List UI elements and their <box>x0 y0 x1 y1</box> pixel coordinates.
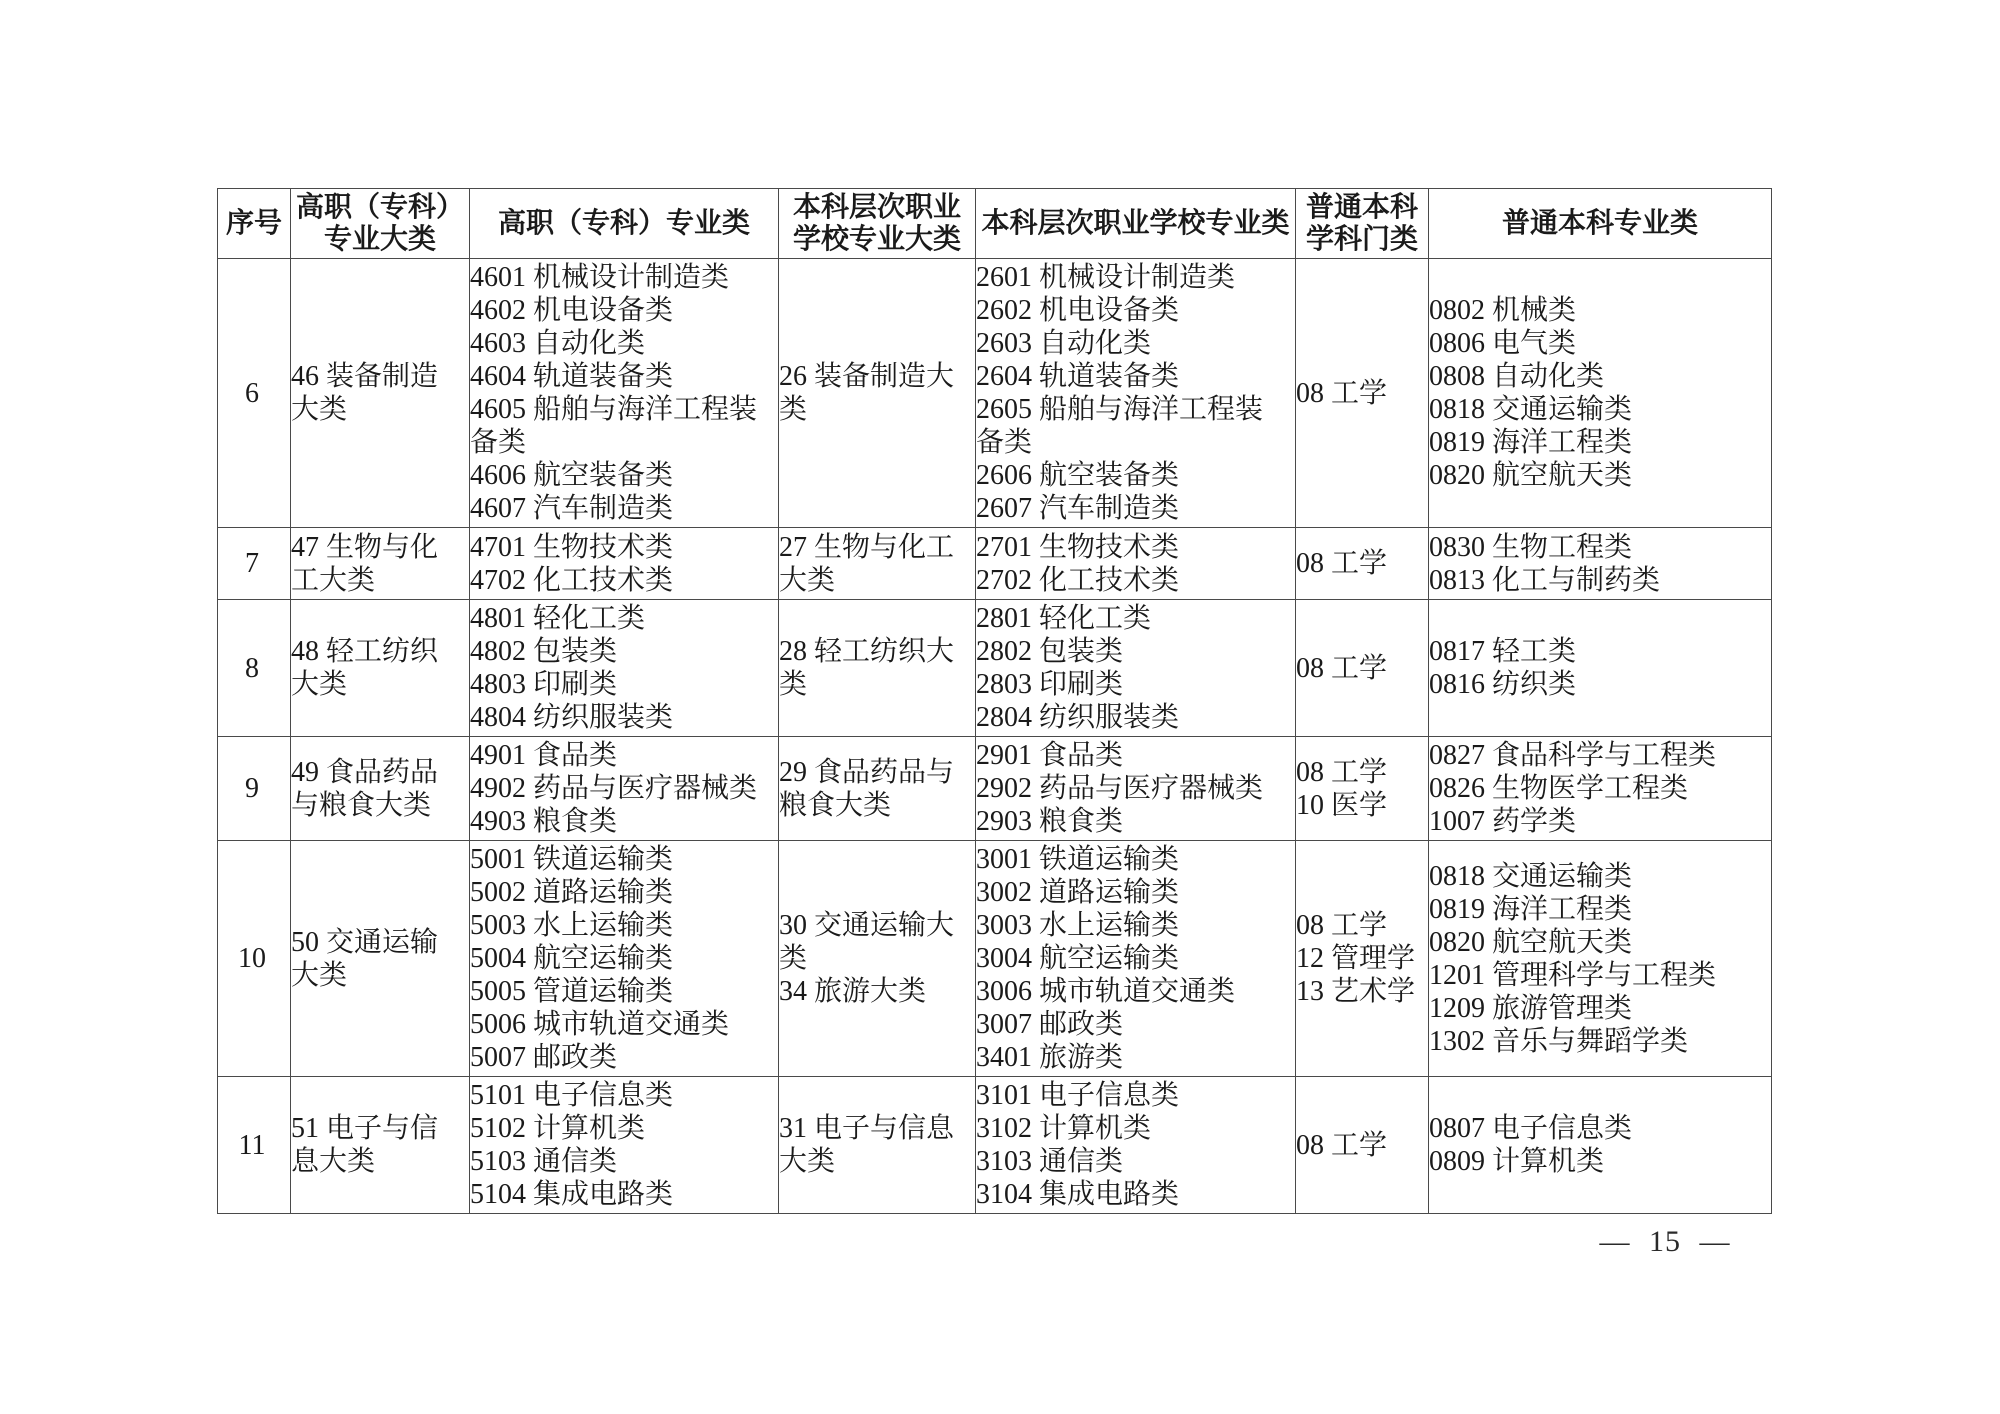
text-line: 4701 生物技术类 <box>470 531 774 564</box>
document-page: 序号 高职（专科）专业大类 高职（专科）专业类 本科层次职业学校专业大类 本科层… <box>0 0 2000 1414</box>
text-line: 1201 管理科学与工程类 <box>1429 959 1767 992</box>
text-line: 工大类 <box>291 564 465 597</box>
header-ug-class: 普通本科专业类 <box>1429 189 1772 259</box>
text-line: 2903 粮食类 <box>976 805 1291 838</box>
ugvoc-category-cell: 26 装备制造大类 <box>779 259 976 528</box>
text-line: 5007 邮政类 <box>470 1041 774 1074</box>
text-line: 4603 自动化类 <box>470 327 774 360</box>
text-line: 08 工学 <box>1296 652 1424 685</box>
text-line: 粮食大类 <box>779 789 971 822</box>
text-line: 类 <box>779 942 971 975</box>
seq-cell: 10 <box>218 841 291 1077</box>
text-line: 34 旅游大类 <box>779 975 971 1008</box>
text-line: 13 艺术学 <box>1296 975 1424 1008</box>
hz-category-cell: 50 交通运输大类 <box>291 841 470 1077</box>
text-line: 2702 化工技术类 <box>976 564 1291 597</box>
text-line: 2607 汽车制造类 <box>976 492 1291 525</box>
ug-class-cell: 0817 轻工类0816 纺织类 <box>1429 600 1772 737</box>
ugvoc-category-cell: 29 食品药品与粮食大类 <box>779 737 976 841</box>
table-row: 10 50 交通运输大类 5001 铁道运输类5002 道路运输类5003 水上… <box>218 841 1772 1077</box>
text-line: 2701 生物技术类 <box>976 531 1291 564</box>
text-line: 备类 <box>976 426 1291 459</box>
text-line: 1007 药学类 <box>1429 805 1767 838</box>
text-line: 48 轻工纺织 <box>291 635 465 668</box>
text-line: 3007 邮政类 <box>976 1008 1291 1041</box>
ug-discipline-cell: 08 工学10 医学 <box>1296 737 1429 841</box>
ug-discipline-cell: 08 工学 <box>1296 600 1429 737</box>
text-line: 28 轻工纺织大 <box>779 635 971 668</box>
text-line: 08 工学 <box>1296 547 1424 580</box>
text-line: 08 工学 <box>1296 909 1424 942</box>
text-line: 08 工学 <box>1296 756 1424 789</box>
text-line: 学科门类 <box>1298 224 1426 256</box>
text-line: 备类 <box>470 426 774 459</box>
text-line: 0826 生物医学工程类 <box>1429 772 1767 805</box>
text-line: 4901 食品类 <box>470 739 774 772</box>
text-line: 2802 包装类 <box>976 635 1291 668</box>
header-seq: 序号 <box>218 189 291 259</box>
text-line: 大类 <box>779 564 971 597</box>
text-line: 大类 <box>291 959 465 992</box>
text-line: 4606 航空装备类 <box>470 459 774 492</box>
text-line: 与粮食大类 <box>291 789 465 822</box>
text-line: 5101 电子信息类 <box>470 1079 774 1112</box>
ugvoc-category-cell: 27 生物与化工大类 <box>779 528 976 600</box>
ug-class-cell: 0802 机械类0806 电气类0808 自动化类0818 交通运输类0819 … <box>1429 259 1772 528</box>
header-ug-discipline: 普通本科学科门类 <box>1296 189 1429 259</box>
text-line: 0818 交通运输类 <box>1429 860 1767 893</box>
ug-discipline-cell: 08 工学 <box>1296 259 1429 528</box>
ug-class-cell: 0827 食品科学与工程类0826 生物医学工程类1007 药学类 <box>1429 737 1772 841</box>
text-line: 2803 印刷类 <box>976 668 1291 701</box>
text-line: 0827 食品科学与工程类 <box>1429 739 1767 772</box>
seq-cell: 9 <box>218 737 291 841</box>
text-line: 49 食品药品 <box>291 756 465 789</box>
text-line: 1209 旅游管理类 <box>1429 992 1767 1025</box>
text-line: 4803 印刷类 <box>470 668 774 701</box>
ugvoc-class-cell: 3001 铁道运输类3002 道路运输类3003 水上运输类3004 航空运输类… <box>976 841 1296 1077</box>
text-line: 3101 电子信息类 <box>976 1079 1291 1112</box>
text-line: 0816 纺织类 <box>1429 668 1767 701</box>
ugvoc-category-cell: 28 轻工纺织大类 <box>779 600 976 737</box>
text-line: 4602 机电设备类 <box>470 294 774 327</box>
text-line: 4902 药品与医疗器械类 <box>470 772 774 805</box>
text-line: 5006 城市轨道交通类 <box>470 1008 774 1041</box>
text-line: 0806 电气类 <box>1429 327 1767 360</box>
table-header-row: 序号 高职（专科）专业大类 高职（专科）专业类 本科层次职业学校专业大类 本科层… <box>218 189 1772 259</box>
ugvoc-category-cell: 31 电子与信息大类 <box>779 1077 976 1214</box>
hz-class-cell: 4801 轻化工类4802 包装类4803 印刷类4804 纺织服装类 <box>470 600 779 737</box>
ugvoc-class-cell: 2701 生物技术类2702 化工技术类 <box>976 528 1296 600</box>
text-line: 大类 <box>291 393 465 426</box>
text-line: 31 电子与信息 <box>779 1112 971 1145</box>
text-line: 4903 粮食类 <box>470 805 774 838</box>
text-line: 3004 航空运输类 <box>976 942 1291 975</box>
text-line: 3002 道路运输类 <box>976 876 1291 909</box>
table-row: 6 46 装备制造大类 4601 机械设计制造类4602 机电设备类4603 自… <box>218 259 1772 528</box>
text-line: 2901 食品类 <box>976 739 1291 772</box>
ug-discipline-cell: 08 工学 <box>1296 1077 1429 1214</box>
hz-class-cell: 5001 铁道运输类5002 道路运输类5003 水上运输类5004 航空运输类… <box>470 841 779 1077</box>
text-line: 4605 船舶与海洋工程装 <box>470 393 774 426</box>
ugvoc-category-cell: 30 交通运输大类34 旅游大类 <box>779 841 976 1077</box>
ugvoc-class-cell: 2601 机械设计制造类2602 机电设备类2603 自动化类2604 轨道装备… <box>976 259 1296 528</box>
text-line: 高职（专科） <box>293 192 467 224</box>
hz-class-cell: 5101 电子信息类5102 计算机类5103 通信类5104 集成电路类 <box>470 1077 779 1214</box>
table-row: 11 51 电子与信息大类 5101 电子信息类5102 计算机类5103 通信… <box>218 1077 1772 1214</box>
ug-class-cell: 0830 生物工程类0813 化工与制药类 <box>1429 528 1772 600</box>
text-line: 51 电子与信 <box>291 1112 465 1145</box>
text-line: 学校专业大类 <box>781 224 973 256</box>
text-line: 4702 化工技术类 <box>470 564 774 597</box>
seq-cell: 7 <box>218 528 291 600</box>
text-line: 2606 航空装备类 <box>976 459 1291 492</box>
text-line: 3401 旅游类 <box>976 1041 1291 1074</box>
text-line: 0808 自动化类 <box>1429 360 1767 393</box>
text-line: 2902 药品与医疗器械类 <box>976 772 1291 805</box>
text-line: 普通本科 <box>1298 192 1426 224</box>
text-line: 3001 铁道运输类 <box>976 843 1291 876</box>
hz-class-cell: 4601 机械设计制造类4602 机电设备类4603 自动化类4604 轨道装备… <box>470 259 779 528</box>
hz-category-cell: 46 装备制造大类 <box>291 259 470 528</box>
page-number: — 15 — <box>1575 1225 1755 1259</box>
seq-cell: 11 <box>218 1077 291 1214</box>
seq-cell: 8 <box>218 600 291 737</box>
text-line: 0809 计算机类 <box>1429 1145 1767 1178</box>
text-line: 专业大类 <box>293 224 467 256</box>
text-line: 46 装备制造 <box>291 360 465 393</box>
text-line: 1302 音乐与舞蹈学类 <box>1429 1025 1767 1058</box>
hz-category-cell: 51 电子与信息大类 <box>291 1077 470 1214</box>
text-line: 26 装备制造大 <box>779 360 971 393</box>
header-hz-category: 高职（专科）专业大类 <box>291 189 470 259</box>
text-line: 本科层次职业学校专业类 <box>978 208 1293 240</box>
text-line: 4601 机械设计制造类 <box>470 261 774 294</box>
seq-cell: 6 <box>218 259 291 528</box>
text-line: 5003 水上运输类 <box>470 909 774 942</box>
text-line: 5104 集成电路类 <box>470 1178 774 1211</box>
text-line: 3006 城市轨道交通类 <box>976 975 1291 1008</box>
text-line: 0819 海洋工程类 <box>1429 893 1767 926</box>
text-line: 2604 轨道装备类 <box>976 360 1291 393</box>
text-line: 0802 机械类 <box>1429 294 1767 327</box>
text-line: 3103 通信类 <box>976 1145 1291 1178</box>
text-line: 高职（专科）专业类 <box>472 208 776 240</box>
text-line: 2605 船舶与海洋工程装 <box>976 393 1291 426</box>
text-line: 0807 电子信息类 <box>1429 1112 1767 1145</box>
text-line: 4604 轨道装备类 <box>470 360 774 393</box>
text-line: 47 生物与化 <box>291 531 465 564</box>
text-line: 5102 计算机类 <box>470 1112 774 1145</box>
text-line: 0813 化工与制药类 <box>1429 564 1767 597</box>
text-line: 10 医学 <box>1296 789 1424 822</box>
table-row: 8 48 轻工纺织大类 4801 轻化工类4802 包装类4803 印刷类480… <box>218 600 1772 737</box>
text-line: 3003 水上运输类 <box>976 909 1291 942</box>
header-ugvoc-class: 本科层次职业学校专业类 <box>976 189 1296 259</box>
table-row: 9 49 食品药品与粮食大类 4901 食品类4902 药品与医疗器械类4903… <box>218 737 1772 841</box>
vocational-majors-mapping-table: 序号 高职（专科）专业大类 高职（专科）专业类 本科层次职业学校专业大类 本科层… <box>217 188 1772 1214</box>
text-line: 2602 机电设备类 <box>976 294 1291 327</box>
text-line: 0819 海洋工程类 <box>1429 426 1767 459</box>
ugvoc-class-cell: 2801 轻化工类2802 包装类2803 印刷类2804 纺织服装类 <box>976 600 1296 737</box>
hz-class-cell: 4701 生物技术类4702 化工技术类 <box>470 528 779 600</box>
ug-class-cell: 0807 电子信息类0809 计算机类 <box>1429 1077 1772 1214</box>
text-line: 4607 汽车制造类 <box>470 492 774 525</box>
text-line: 30 交通运输大 <box>779 909 971 942</box>
table-row: 7 47 生物与化工大类 4701 生物技术类4702 化工技术类 27 生物与… <box>218 528 1772 600</box>
text-line: 29 食品药品与 <box>779 756 971 789</box>
ug-class-cell: 0818 交通运输类0819 海洋工程类0820 航空航天类1201 管理科学与… <box>1429 841 1772 1077</box>
text-line: 类 <box>779 668 971 701</box>
text-line: 12 管理学 <box>1296 942 1424 975</box>
text-line: 本科层次职业 <box>781 192 973 224</box>
text-line: 2801 轻化工类 <box>976 602 1291 635</box>
text-line: 序号 <box>220 208 288 240</box>
text-line: 0830 生物工程类 <box>1429 531 1767 564</box>
ug-discipline-cell: 08 工学 <box>1296 528 1429 600</box>
text-line: 5001 铁道运输类 <box>470 843 774 876</box>
hz-category-cell: 47 生物与化工大类 <box>291 528 470 600</box>
text-line: 5103 通信类 <box>470 1145 774 1178</box>
hz-class-cell: 4901 食品类4902 药品与医疗器械类4903 粮食类 <box>470 737 779 841</box>
text-line: 5004 航空运输类 <box>470 942 774 975</box>
text-line: 类 <box>779 393 971 426</box>
text-line: 0820 航空航天类 <box>1429 926 1767 959</box>
text-line: 2804 纺织服装类 <box>976 701 1291 734</box>
text-line: 50 交通运输 <box>291 926 465 959</box>
text-line: 08 工学 <box>1296 377 1424 410</box>
text-line: 3102 计算机类 <box>976 1112 1291 1145</box>
hz-category-cell: 49 食品药品与粮食大类 <box>291 737 470 841</box>
text-line: 5005 管道运输类 <box>470 975 774 1008</box>
text-line: 0818 交通运输类 <box>1429 393 1767 426</box>
text-line: 27 生物与化工 <box>779 531 971 564</box>
text-line: 4802 包装类 <box>470 635 774 668</box>
text-line: 5002 道路运输类 <box>470 876 774 909</box>
text-line: 0820 航空航天类 <box>1429 459 1767 492</box>
ugvoc-class-cell: 3101 电子信息类3102 计算机类3103 通信类3104 集成电路类 <box>976 1077 1296 1214</box>
header-hz-class: 高职（专科）专业类 <box>470 189 779 259</box>
text-line: 大类 <box>291 668 465 701</box>
text-line: 息大类 <box>291 1145 465 1178</box>
text-line: 3104 集成电路类 <box>976 1178 1291 1211</box>
text-line: 08 工学 <box>1296 1129 1424 1162</box>
text-line: 2601 机械设计制造类 <box>976 261 1291 294</box>
header-ugvoc-category: 本科层次职业学校专业大类 <box>779 189 976 259</box>
text-line: 4804 纺织服装类 <box>470 701 774 734</box>
ugvoc-class-cell: 2901 食品类2902 药品与医疗器械类2903 粮食类 <box>976 737 1296 841</box>
text-line: 大类 <box>779 1145 971 1178</box>
text-line: 2603 自动化类 <box>976 327 1291 360</box>
text-line: 0817 轻工类 <box>1429 635 1767 668</box>
ug-discipline-cell: 08 工学12 管理学13 艺术学 <box>1296 841 1429 1077</box>
hz-category-cell: 48 轻工纺织大类 <box>291 600 470 737</box>
text-line: 4801 轻化工类 <box>470 602 774 635</box>
text-line: 普通本科专业类 <box>1431 208 1769 240</box>
